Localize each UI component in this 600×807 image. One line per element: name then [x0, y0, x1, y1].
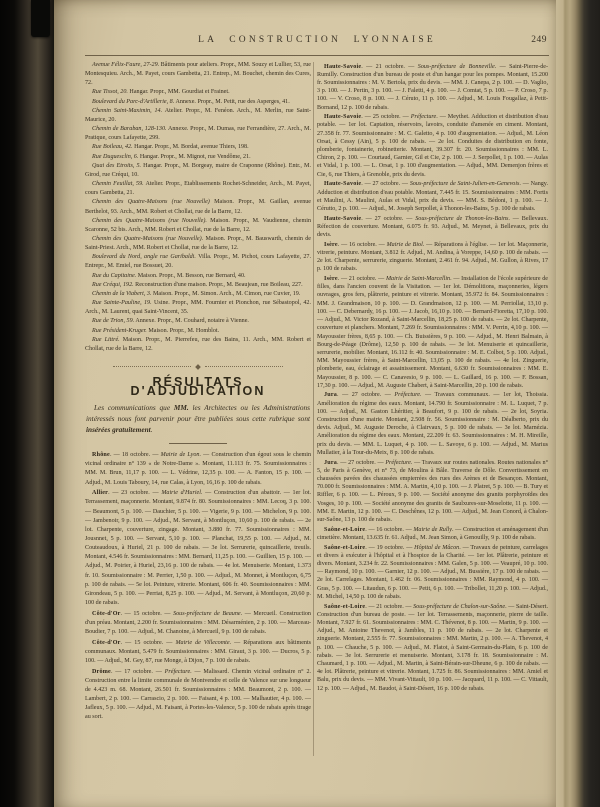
text-run: Maison. Propr., M. Pierrefeu, rue des Ba… — [85, 337, 311, 352]
text-run: Sous-préfecture de Beaune — [173, 611, 241, 617]
text-run: Boulevard du Parc-d'Artillerie, 8. — [92, 99, 174, 105]
editorial-note: Les communications que MM. les Architect… — [86, 403, 310, 435]
permit-entry: Rue Littré. Maison. Propr., M. Pierrefeu… — [85, 336, 311, 354]
text-run: Rue Boileau, 42. — [92, 144, 133, 150]
diamond-ornament-icon — [195, 364, 201, 370]
text-run: Haute-Savoie — [324, 64, 361, 70]
divider-line — [113, 366, 191, 367]
text-run: . — 21 octobre. — — [361, 64, 418, 70]
text-run: . — 27 octobre. — — [337, 460, 385, 466]
permit-entry: Rue Tissot, 20. Hangar. Propr., MM. Gour… — [85, 88, 311, 97]
text-run: Chemin des Quatre-Maisons (rue Nouvelle)… — [92, 218, 207, 224]
text-run: . — Malissard. Chemin vicinal ordinaire … — [85, 669, 311, 721]
adjudication-entry: Isère. — 21 octobre. — Mairie de Saint-M… — [317, 275, 548, 390]
text-run: Sous-préfecture de Thonon-les-Bains — [415, 216, 508, 222]
text-run: Drôme — [92, 669, 111, 675]
permit-entry: Chemin de la Viabert, 3. Maison. Propr.,… — [85, 290, 311, 299]
permit-entry: Chemin des Quatre-Maisons (rue Nouvelle)… — [85, 217, 311, 235]
permit-entry: Rue Duguesclin, 6. Hangar. Propr., M. Mi… — [85, 153, 311, 162]
permit-entry: Avenue Félix-Faure, 27-29. Bâtiments pou… — [85, 61, 311, 88]
text-run: Rue Littré. — [92, 337, 120, 343]
text-run: . — 25 octobre. — — [361, 114, 410, 120]
adjudication-entry: Jura. — 27 octobre. — Préfecture. — Trav… — [317, 459, 548, 525]
text-run: . — Saint-Désert. Construction d'un bure… — [317, 604, 548, 692]
text-run: Hangar. Propr., M. Mignot, rue Vendôme, … — [138, 154, 250, 160]
text-run: MM. — [174, 403, 189, 412]
text-run: Préfecture — [385, 460, 411, 466]
scanned-page: LA CONSTRUCTION LYONNAISE 249 Avenue Fél… — [54, 0, 556, 807]
adjudication-entry: Allier. — 23 octobre. — Mairie d'Huriel.… — [85, 489, 311, 608]
text-run: Avenue Félix-Faure, 27-29. — [92, 62, 159, 68]
permit-entry: Rue Sainte-Pauline, 19. Usine. Propr., M… — [85, 299, 311, 317]
permit-entry: Boulevard du Nord, angle rue Garibaldi. … — [85, 253, 311, 271]
building-permits-list: Avenue Félix-Faure, 27-29. Bâtiments pou… — [85, 61, 311, 354]
text-run: Rue du Capitaine. — [92, 273, 136, 279]
text-run: . — 15 octobre. — — [121, 640, 176, 646]
text-run: Isère — [324, 242, 338, 248]
permit-entry: Chemin des Quatre-Maisons (rue Nouvelle)… — [85, 235, 311, 253]
permit-entry: Chemin Saint-Maximin, 14. Atelier. Propr… — [85, 107, 311, 125]
text-run: Rue Président-Kruger. — [92, 328, 147, 334]
text-run: . — 16 octobre. — — [338, 242, 387, 248]
text-run: Mairie de Saint-Marcellin — [386, 276, 450, 282]
text-run: Saône-et-Loire — [324, 545, 365, 551]
text-run: Chemin de la Viabert, 3. — [92, 291, 151, 297]
section-divider — [113, 363, 283, 370]
page-number: 249 — [531, 35, 547, 45]
permit-entry: Rue de Trion, 59. Annexe. Propr., M. Cou… — [85, 317, 311, 326]
text-run: Mairie de Villecomte — [175, 640, 229, 646]
text-run: . — 15 octobre. — — [121, 611, 174, 617]
adjudication-entry: Drôme. — 17 octobre. — Préfecture. — Mal… — [85, 668, 311, 723]
text-run: Rue Tissot, 20. — [92, 89, 128, 95]
journal-title: LA CONSTRUCTION LYONNAISE — [85, 35, 549, 45]
page-stack-edge — [556, 0, 600, 807]
permit-entry: Chemin Feuillat, 59. Atelier. Propr., Et… — [85, 180, 311, 198]
text-run: . — Installation de l'école supérieure d… — [317, 276, 548, 389]
adjudication-entry: Saône-et-Loire. — 21 octobre. — Sous-pré… — [317, 603, 548, 693]
text-run: . — 23 octobre. — — [108, 490, 161, 496]
text-run: Reconstruction d'une maison. Propr., M. … — [134, 282, 303, 288]
text-run: . — 21 octobre. — — [338, 276, 386, 282]
page-header: LA CONSTRUCTION LYONNAISE 249 — [85, 28, 549, 56]
text-run: Mairie d'Huriel — [161, 490, 201, 496]
text-run: Saône-et-Loire — [324, 604, 365, 610]
text-run: Préfecture — [411, 114, 437, 120]
adjudications-left: Rhône. — 18 octobre. — Mairie de Lyon. —… — [85, 451, 311, 723]
text-run: . — Meythet. Adduction et distribution d… — [317, 114, 548, 177]
text-run: Rhône — [92, 452, 110, 458]
permit-entry: Rue du Capitaine. Maison. Propr., M. Bes… — [85, 272, 311, 281]
permit-entry: Rue Créqui, 192. Reconstruction d'une ma… — [85, 281, 311, 290]
adjudication-entry: Saône-et-Loire. — 16 octobre. — Mairie d… — [317, 526, 548, 542]
right-column: Haute-Savoie. — 21 octobre. — Sous-préfe… — [317, 61, 548, 796]
permit-entry: Chemin des Quatre-Maisons (rue Nouvelle)… — [85, 198, 311, 216]
left-column: Avenue Félix-Faure, 27-29. Bâtiments pou… — [85, 61, 311, 761]
text-run: . — [151, 425, 153, 434]
text-run: Chemin des Quatre-Maisons (rue Nouvelle)… — [92, 236, 203, 242]
text-run: . — Travaux de peinture, carrelages et d… — [317, 545, 548, 600]
text-run: . — Construction d'un abattoir. — 1er lo… — [85, 490, 311, 606]
permit-entry: Rue Boileau, 42. Hangar. Propr., M. Bord… — [85, 143, 311, 152]
text-run: Haute-Savoie — [324, 114, 361, 120]
permit-entry: Rue Président-Kruger. Maison. Propr., M.… — [85, 327, 311, 336]
text-run: insérées gratuitement — [86, 425, 151, 434]
text-run: Mairie de Biol — [387, 242, 423, 248]
permit-entry: Quai des Etroits, 5. Hangar. Propr., M. … — [85, 162, 311, 180]
adjudication-entry: Haute-Savoie. — 27 octobre. — Sous-préfe… — [317, 180, 548, 213]
text-run: Haute-Savoie — [324, 216, 361, 222]
book-spine-edge — [0, 0, 54, 807]
text-run: Boulevard du Nord, angle rue Garibaldi. — [92, 254, 196, 260]
text-run: Maison. Propr., M. Besson, rue Bernard, … — [136, 273, 245, 279]
text-run: . — Travaux communaux. — 1er lot, Thoiss… — [317, 392, 548, 455]
text-run: Isère — [324, 276, 338, 282]
text-run: Jura — [324, 392, 337, 398]
column-divider-rule — [313, 62, 314, 756]
text-run: Jura — [324, 460, 337, 466]
adjudication-entry: Haute-Savoie. — 25 octobre. — Préfecture… — [317, 113, 548, 179]
adjudication-entry: Jura. — 27 octobre. — Préfecture. — Trav… — [317, 391, 548, 457]
text-run: Côte-d'Or — [92, 640, 121, 646]
text-run: Côte-d'Or — [92, 611, 121, 617]
text-run: . — 17 octobre. — — [111, 669, 165, 675]
text-run: Haute-Savoie — [324, 181, 361, 187]
text-run: Chemin des Quatre-Maisons (rue Nouvelle) — [92, 199, 210, 205]
text-run: Hangar. Propr., MM. Gourdiat et Frainet. — [128, 89, 230, 95]
text-run: Chemin de Baraban, 128-130. — [92, 126, 167, 132]
text-run: Rue Duguesclin, 6. — [92, 154, 138, 160]
text-run: Chemin Feuillat, 59. — [92, 181, 144, 187]
divider-line — [205, 366, 283, 367]
binding-tab — [31, 0, 50, 37]
text-run: Allier — [92, 490, 108, 496]
text-run: . — 27 octobre. — — [361, 216, 415, 222]
text-run: Sous-préfecture de Bonneville — [418, 64, 495, 70]
text-run: . — 27 octobre. — — [361, 181, 410, 187]
text-run: . — Saint-Pierre-de-Rumilly. Constructio… — [317, 64, 548, 111]
text-run: . — 19 octobre. — — [365, 545, 414, 551]
adjudication-entry: Côte-d'Or. — 15 octobre. — Sous-préfectu… — [85, 610, 311, 637]
text-run: Sous-préfecture de Chalon-sur-Saône — [413, 604, 505, 610]
text-run: Sous-préfecture de Saint-Julien-en-Genev… — [410, 181, 520, 187]
text-run: Mairie de Rully — [413, 527, 452, 533]
text-run: Annexe. Propr., M. Couhard, notaire à Vi… — [134, 318, 249, 324]
text-run: . — 27 octobre. — — [337, 392, 394, 398]
text-run: Maison. Propr., M. Homblot. — [147, 328, 219, 334]
text-run: Hangar. Propr., M. Bordat, avenue Thiers… — [133, 144, 249, 150]
text-run: Rue Créqui, 192. — [92, 282, 134, 288]
adjudication-entry: Rhône. — 18 octobre. — Mairie de Lyon. —… — [85, 451, 311, 488]
text-run: Les communications que — [94, 403, 174, 412]
note-separator-rule — [169, 443, 227, 444]
text-run: Chemin Saint-Maximin, 14. — [92, 108, 162, 114]
adjudication-entry: Saône-et-Loire. — 19 octobre. — Hôpital … — [317, 544, 548, 601]
adjudication-entry: Haute-Savoie. — 21 octobre. — Sous-préfe… — [317, 63, 548, 112]
adjudication-entry: Côte-d'Or. — 15 octobre. — Mairie de Vil… — [85, 639, 311, 666]
text-run: Annexe. Propr., M. Petit, rue des Asperg… — [174, 99, 290, 105]
text-run: Quai des Etroits, 5. — [92, 163, 141, 169]
text-run: Mairie de Lyon — [161, 452, 200, 458]
text-run: Maison. Propr., M. Simon. Arch., M. Cimo… — [151, 291, 300, 297]
text-run: . — 21 octobre. — — [365, 604, 413, 610]
text-run: Saône-et-Loire — [324, 527, 365, 533]
text-run: . — Travaux sur routes nationales. Route… — [317, 460, 548, 523]
text-run: Rue de Trion, 59. — [92, 318, 134, 324]
text-run: Rue Sainte-Pauline, 19. — [92, 300, 152, 306]
adjudication-section-heading: RÉSULTATS D'ADJUDICATION — [85, 378, 311, 396]
adjudication-entry: Isère. — 16 octobre. — Mairie de Biol. —… — [317, 241, 548, 274]
text-run: Hôpital de Mâcon — [414, 545, 459, 551]
permit-entry: Boulevard du Parc-d'Artillerie, 8. Annex… — [85, 98, 311, 107]
text-run: . — 16 octobre. — — [365, 527, 413, 533]
text-run: . — 18 octobre. — — [110, 452, 161, 458]
text-run: Préfecture — [165, 669, 191, 675]
permit-entry: Chemin de Baraban, 128-130. Annexe. Prop… — [85, 125, 311, 143]
adjudication-entry: Haute-Savoie. — 27 octobre. — Sous-préfe… — [317, 215, 548, 240]
text-run: Préfecture — [394, 392, 420, 398]
